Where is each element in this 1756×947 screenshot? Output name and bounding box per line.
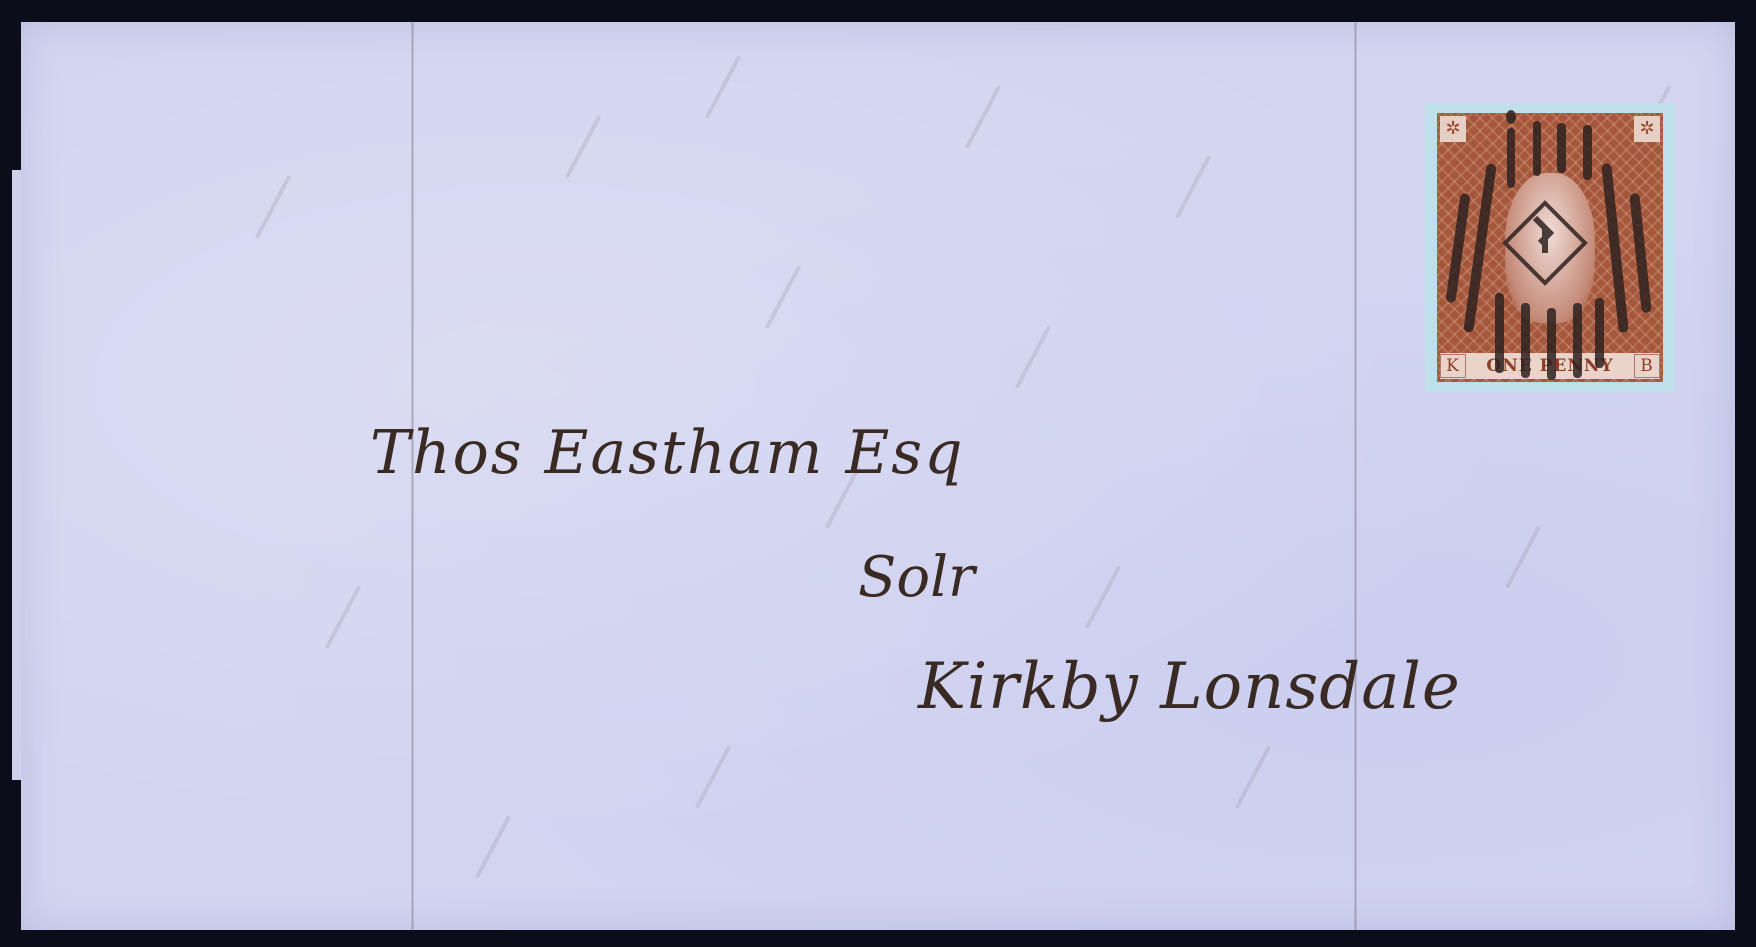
show-through-mark bbox=[1175, 155, 1211, 219]
show-through-mark bbox=[705, 55, 741, 119]
show-through-mark bbox=[965, 85, 1001, 149]
show-through-mark bbox=[695, 745, 731, 809]
show-through-mark bbox=[1015, 325, 1051, 389]
show-through-mark bbox=[1235, 745, 1271, 809]
show-through-mark bbox=[475, 815, 511, 879]
show-through-mark bbox=[765, 265, 801, 329]
show-through-mark bbox=[255, 175, 291, 239]
show-through-mark bbox=[1085, 565, 1121, 629]
address-town: Kirkby Lonsdale bbox=[918, 650, 1461, 724]
cancellation-mark-icon bbox=[1435, 103, 1665, 392]
address-title: Solr bbox=[858, 545, 975, 610]
show-through-mark bbox=[1505, 525, 1541, 589]
penny-red-stamp: ✲ ✲ K ONE PENNY B bbox=[1425, 103, 1675, 392]
fold-line-right bbox=[1354, 22, 1357, 930]
show-through-mark bbox=[565, 115, 601, 179]
show-through-mark bbox=[325, 585, 361, 649]
address-recipient-name: Thos Eastham Esq bbox=[370, 418, 965, 488]
